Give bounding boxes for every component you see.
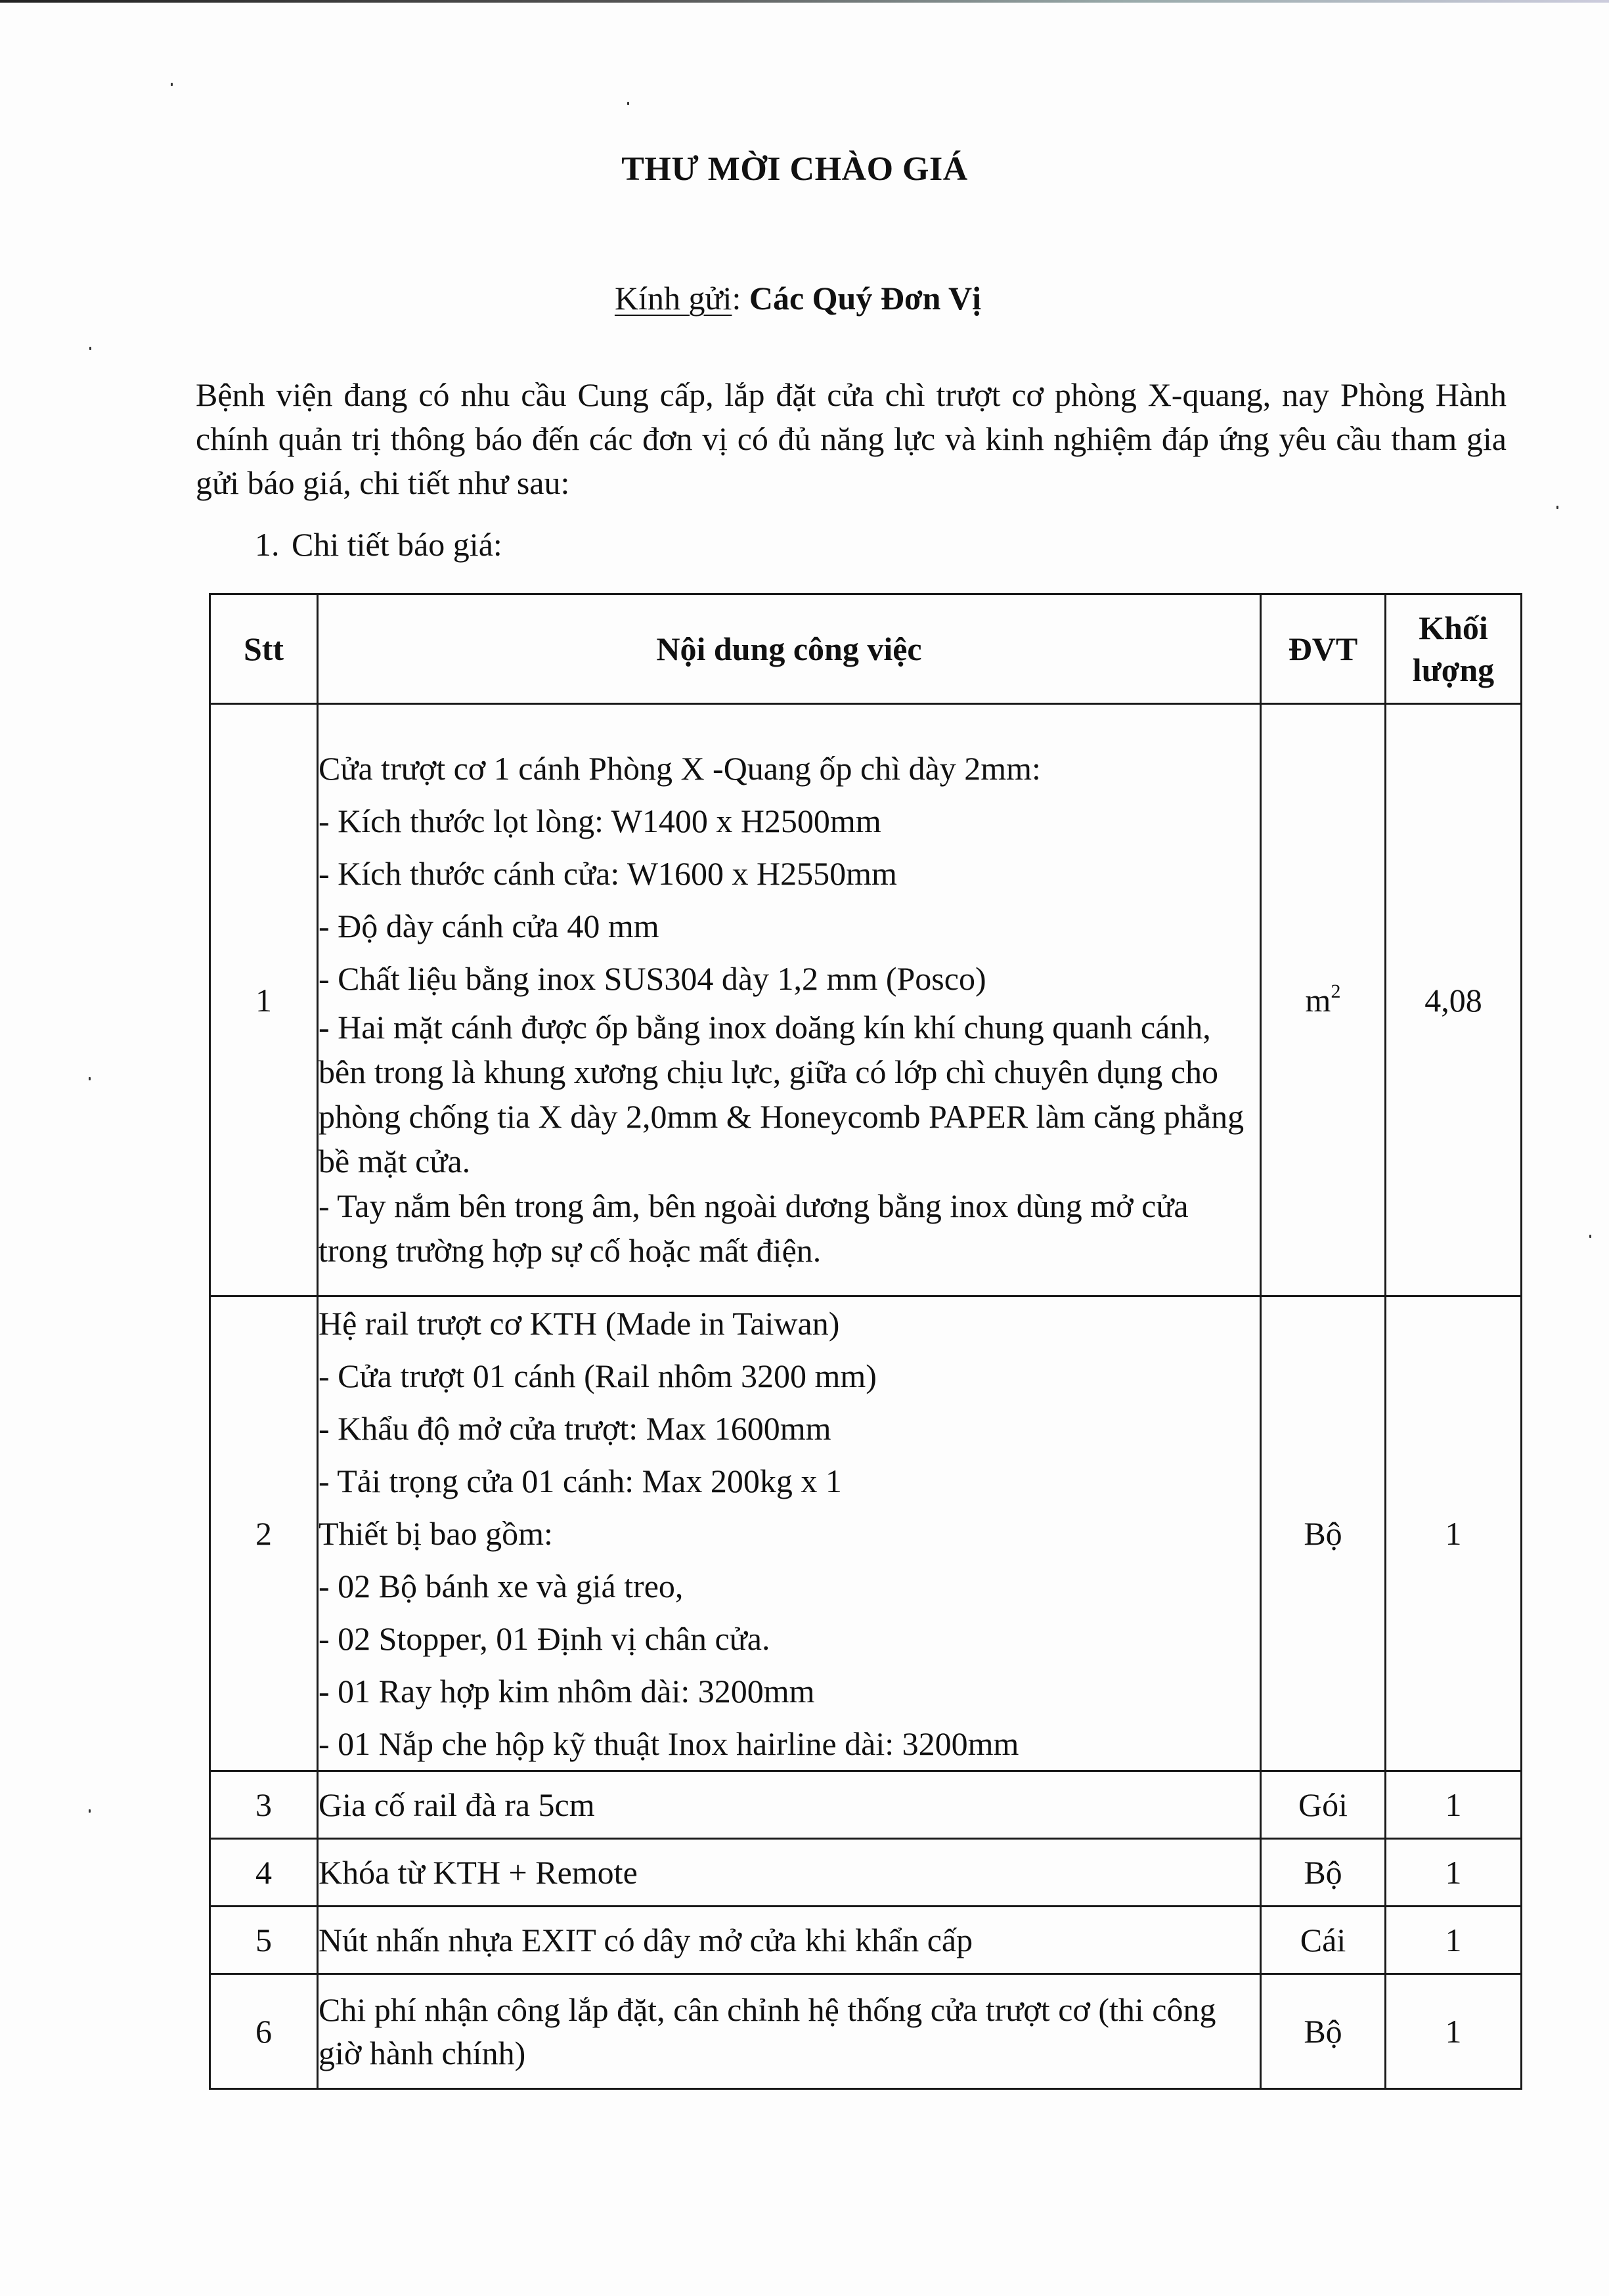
row-description: Chi phí nhận công lắp đặt, cân chỉnh hệ …	[318, 1974, 1261, 2089]
row-stt: 1	[210, 704, 318, 1296]
row-quantity: 1	[1386, 1974, 1522, 2089]
header-unit: ĐVT	[1261, 594, 1386, 704]
scan-speck	[89, 1809, 91, 1813]
row-unit: Bộ	[1261, 1974, 1386, 2089]
row-quantity: 1	[1386, 1839, 1522, 1907]
scan-edge	[0, 0, 1609, 3]
desc-line: Gia cố rail đà ra 5cm	[319, 1782, 1260, 1828]
desc-line: Cửa trượt cơ 1 cánh Phòng X -Quang ốp ch…	[319, 742, 1260, 795]
header-quantity-line1: Khối	[1419, 609, 1488, 646]
desc-line: - Cửa trượt 01 cánh (Rail nhôm 3200 mm)	[319, 1350, 1260, 1402]
scan-speck	[1589, 1235, 1591, 1238]
row-quantity: 1	[1386, 1771, 1522, 1839]
row-description: Cửa trượt cơ 1 cánh Phòng X -Quang ốp ch…	[318, 704, 1261, 1296]
row-unit: m2	[1261, 704, 1386, 1296]
header-quantity: Khối lượng	[1386, 594, 1522, 704]
row-quantity: 4,08	[1386, 704, 1522, 1296]
desc-line: - Chất liệu bằng inox SUS304 dày 1,2 mm …	[319, 952, 1260, 1005]
row-stt: 3	[210, 1771, 318, 1839]
document-title: THƯ MỜI CHÀO GIÁ	[0, 150, 1589, 188]
row-stt: 4	[210, 1839, 318, 1907]
section-title: Chi tiết báo giá:	[292, 526, 502, 563]
intro-paragraph: Bệnh viện đang có nhu cầu Cung cấp, lắp …	[196, 373, 1507, 505]
row-quantity: 1	[1386, 1907, 1522, 1974]
recipient-label: Kính gửi	[615, 280, 732, 317]
scan-speck	[89, 1077, 91, 1080]
desc-line: - 02 Stopper, 01 Định vị chân cửa.	[319, 1612, 1260, 1665]
table-row: 3 Gia cố rail đà ra 5cm Gói 1	[210, 1771, 1522, 1839]
desc-line: - Kích thước cánh cửa: W1600 x H2550mm	[319, 847, 1260, 900]
recipient-separator: :	[732, 280, 749, 317]
desc-line: - Khẩu độ mở cửa trượt: Max 1600mm	[319, 1402, 1260, 1455]
desc-line: Khóa từ KTH + Remote	[319, 1849, 1260, 1895]
row-unit: Bộ	[1261, 1296, 1386, 1771]
row-description: Nút nhấn nhựa EXIT có dây mở cửa khi khẩ…	[318, 1907, 1261, 1974]
desc-line: Hệ rail trượt cơ KTH (Made in Taiwan)	[319, 1297, 1260, 1350]
row-stt: 5	[210, 1907, 318, 1974]
desc-line: - 01 Ray hợp kim nhôm dài: 3200mm	[319, 1665, 1260, 1717]
desc-line: - Tải trọng cửa 01 cánh: Max 200kg x 1	[319, 1455, 1260, 1507]
header-content: Nội dung công việc	[318, 594, 1261, 704]
desc-line: Nút nhấn nhựa EXIT có dây mở cửa khi khẩ…	[319, 1917, 1260, 1963]
row-description: Khóa từ KTH + Remote	[318, 1839, 1261, 1907]
desc-line: Thiết bị bao gồm:	[319, 1507, 1260, 1560]
row-unit: Bộ	[1261, 1839, 1386, 1907]
desc-line: - Độ dày cánh cửa 40 mm	[319, 900, 1260, 952]
table-header-row: Stt Nội dung công việc ĐVT Khối lượng	[210, 594, 1522, 704]
row-unit: Cái	[1261, 1907, 1386, 1974]
row-description: Hệ rail trượt cơ KTH (Made in Taiwan) - …	[318, 1296, 1261, 1771]
unit-superscript: 2	[1331, 981, 1340, 1002]
recipient-line: Kính gửi: Các Quý Đơn Vị	[0, 279, 1596, 317]
scan-speck	[627, 102, 629, 105]
table-row: 1 Cửa trượt cơ 1 cánh Phòng X -Quang ốp …	[210, 704, 1522, 1296]
quotation-table: Stt Nội dung công việc ĐVT Khối lượng 1 …	[209, 593, 1522, 2090]
header-quantity-line2: lượng	[1413, 651, 1494, 688]
desc-line: - Tay nắm bên trong âm, bên ngoài dương …	[319, 1183, 1260, 1273]
row-stt: 2	[210, 1296, 318, 1771]
row-stt: 6	[210, 1974, 318, 2089]
section-heading: 1.Chi tiết báo giá:	[255, 525, 502, 563]
unit-base: m	[1306, 982, 1331, 1019]
table-row: 5 Nút nhấn nhựa EXIT có dây mở cửa khi k…	[210, 1907, 1522, 1974]
desc-line: - 02 Bộ bánh xe và giá treo,	[319, 1560, 1260, 1612]
section-number: 1.	[255, 525, 292, 563]
row-quantity: 1	[1386, 1296, 1522, 1771]
desc-line: - Kích thước lọt lòng: W1400 x H2500mm	[319, 795, 1260, 847]
desc-line: Chi phí nhận công lắp đặt, cân chỉnh hệ …	[319, 1988, 1260, 2075]
scan-speck	[89, 347, 91, 350]
table-row: 6 Chi phí nhận công lắp đặt, cân chỉnh h…	[210, 1974, 1522, 2089]
desc-line: - 01 Nắp che hộp kỹ thuật Inox hairline …	[319, 1717, 1260, 1770]
row-description: Gia cố rail đà ra 5cm	[318, 1771, 1261, 1839]
recipient-name: Các Quý Đơn Vị	[749, 280, 981, 317]
desc-line: - Hai mặt cánh được ốp bằng inox doăng k…	[319, 1005, 1260, 1183]
table-row: 4 Khóa từ KTH + Remote Bộ 1	[210, 1839, 1522, 1907]
header-stt: Stt	[210, 594, 318, 704]
row-unit: Gói	[1261, 1771, 1386, 1839]
scan-speck	[171, 83, 173, 86]
scan-speck	[1556, 506, 1558, 509]
table-row: 2 Hệ rail trượt cơ KTH (Made in Taiwan) …	[210, 1296, 1522, 1771]
